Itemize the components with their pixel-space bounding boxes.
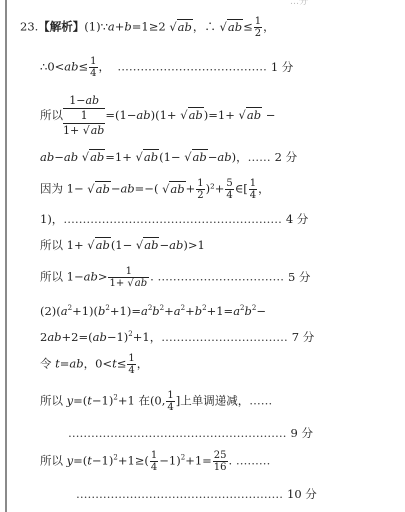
solution-line-14: 所以 y=(t−1)2+1≥(14−1)2+1=2516. ……… xyxy=(40,450,270,473)
solution-line-7: 所以 1+ √ab(1− √ab−ab)>1 xyxy=(40,238,205,252)
previous-page-fragment: …分 xyxy=(290,0,308,7)
solution-line-5: 因为 1− √ab−ab=−( √ab+12)²+54∈[14， xyxy=(40,178,270,201)
score-1: 1 分 xyxy=(271,60,293,74)
score-7: 7 分 xyxy=(292,330,314,344)
page-left-border xyxy=(5,0,7,512)
solution-line-2: ∴0<ab≤14， …………………………………1 分 xyxy=(40,56,293,79)
solution-line-15: ………………………………………………10 分 xyxy=(76,487,317,501)
score-5: 5 分 xyxy=(288,270,310,284)
score-9: 9 分 xyxy=(291,426,313,440)
solution-line-1: 23.【解析】(1)∵a+b=1≥2 √ab，∴ √ab≤12， xyxy=(20,16,275,39)
solution-line-4: ab−ab √ab=1+ √ab(1− √ab−ab)，……2 分 xyxy=(40,150,297,164)
solution-line-9: (2)(a2+1)(b2+1)=a2b2+a2+b2+1=a2b2− xyxy=(40,301,266,318)
solution-line-12: 所以 y=(t−1)2+1 在(0,14]上单调递减，…… xyxy=(40,390,272,413)
solution-line-11: 令 t=ab，0<t≤14， xyxy=(40,353,148,376)
solution-line-3: 所以1−ab11+ √ab=(1−ab)(1+ √ab)=1+ √ab − xyxy=(40,94,275,138)
score-2: 2 分 xyxy=(275,150,297,164)
solution-line-13: …………………………………………………9 分 xyxy=(68,426,313,440)
problem-number: 23. xyxy=(20,20,38,34)
solution-line-6: 1)，…………………………………………………4 分 xyxy=(40,212,308,226)
score-4: 4 分 xyxy=(286,212,308,226)
analysis-tag: 【解析】 xyxy=(38,20,84,34)
solution-line-8: 所以 1−ab>11+ √ab. ……………………………5 分 xyxy=(40,266,310,289)
solution-line-10: 2ab+2=(ab−1)2+1，……………………………7 分 xyxy=(40,327,314,344)
score-10: 10 分 xyxy=(287,487,317,501)
